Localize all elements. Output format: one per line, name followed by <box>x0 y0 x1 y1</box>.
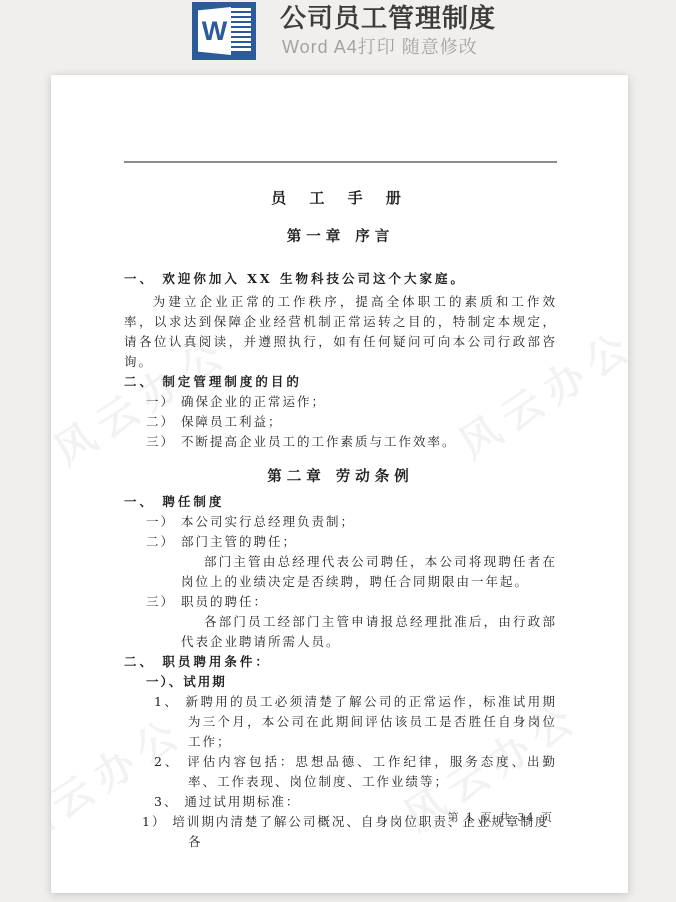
list-item: 三） 不断提高企业员工的工作素质与工作效率。 <box>146 432 557 452</box>
template-subtitle: Word A4打印 随意修改 <box>282 33 478 59</box>
numbered-item: 1、 新聘用的员工必须清楚了解公司的正常运作，标准试用期为三个月，本公司在此期间… <box>124 692 557 752</box>
list-item: 三） 职员的聘任： <box>146 592 557 612</box>
list-item: 二） 保障员工利益； <box>146 412 557 432</box>
section-heading: 一、 欢迎你加入 XX 生物科技公司这个大家庭。 <box>124 269 557 289</box>
word-icon-letter: W <box>198 7 231 55</box>
list-item: 二） 部门主管的聘任； <box>146 532 557 552</box>
doc-title: 员 工 手 册 <box>124 187 557 209</box>
body-paragraph: 为建立企业正常的工作秩序，提高全体职工的素质和工作效率，以求达到保障企业经营机制… <box>124 292 557 372</box>
body-paragraph: 各部门员工经部门主管申请报总经理批准后，由行政部代表企业聘请所需人员。 <box>181 612 557 652</box>
chapter-heading: 第一章 序言 <box>124 226 557 248</box>
section-heading: 二、 职员聘用条件： <box>124 652 557 672</box>
list-item: 一） 确保企业的正常运作； <box>146 392 557 412</box>
document-page: 风云办公 风云办公 风云办公 风云办公 员 工 手 册 第一章 序言 一、 欢迎… <box>51 75 628 893</box>
list-item: 一） 本公司实行总经理负责制； <box>146 512 557 532</box>
sub-heading: 一）、试用期 <box>146 672 557 692</box>
page-number: 第 1 页 共 34 页 <box>448 809 554 825</box>
body-paragraph: 部门主管由总经理代表公司聘任，本公司将现聘任者在岗位上的业绩决定是否续聘，聘任合… <box>181 552 557 592</box>
chapter-heading: 第二章 劳动条例 <box>124 466 557 488</box>
section-heading: 二、 制定管理制度的目的 <box>124 372 557 392</box>
section-heading: 一、 聘任制度 <box>124 492 557 512</box>
template-title: 公司员工管理制度 <box>280 0 496 35</box>
word-icon: W <box>192 2 256 60</box>
template-preview: W 公司员工管理制度 Word A4打印 随意修改 风云办公 风云办公 风云办公… <box>0 0 676 902</box>
header-rule <box>124 161 557 163</box>
numbered-item: 2、 评估内容包括：思想品德、工作纪律，服务态度、出勤率、工作表现、岗位制度、工… <box>124 752 557 792</box>
template-header: W 公司员工管理制度 Word A4打印 随意修改 <box>0 0 676 66</box>
